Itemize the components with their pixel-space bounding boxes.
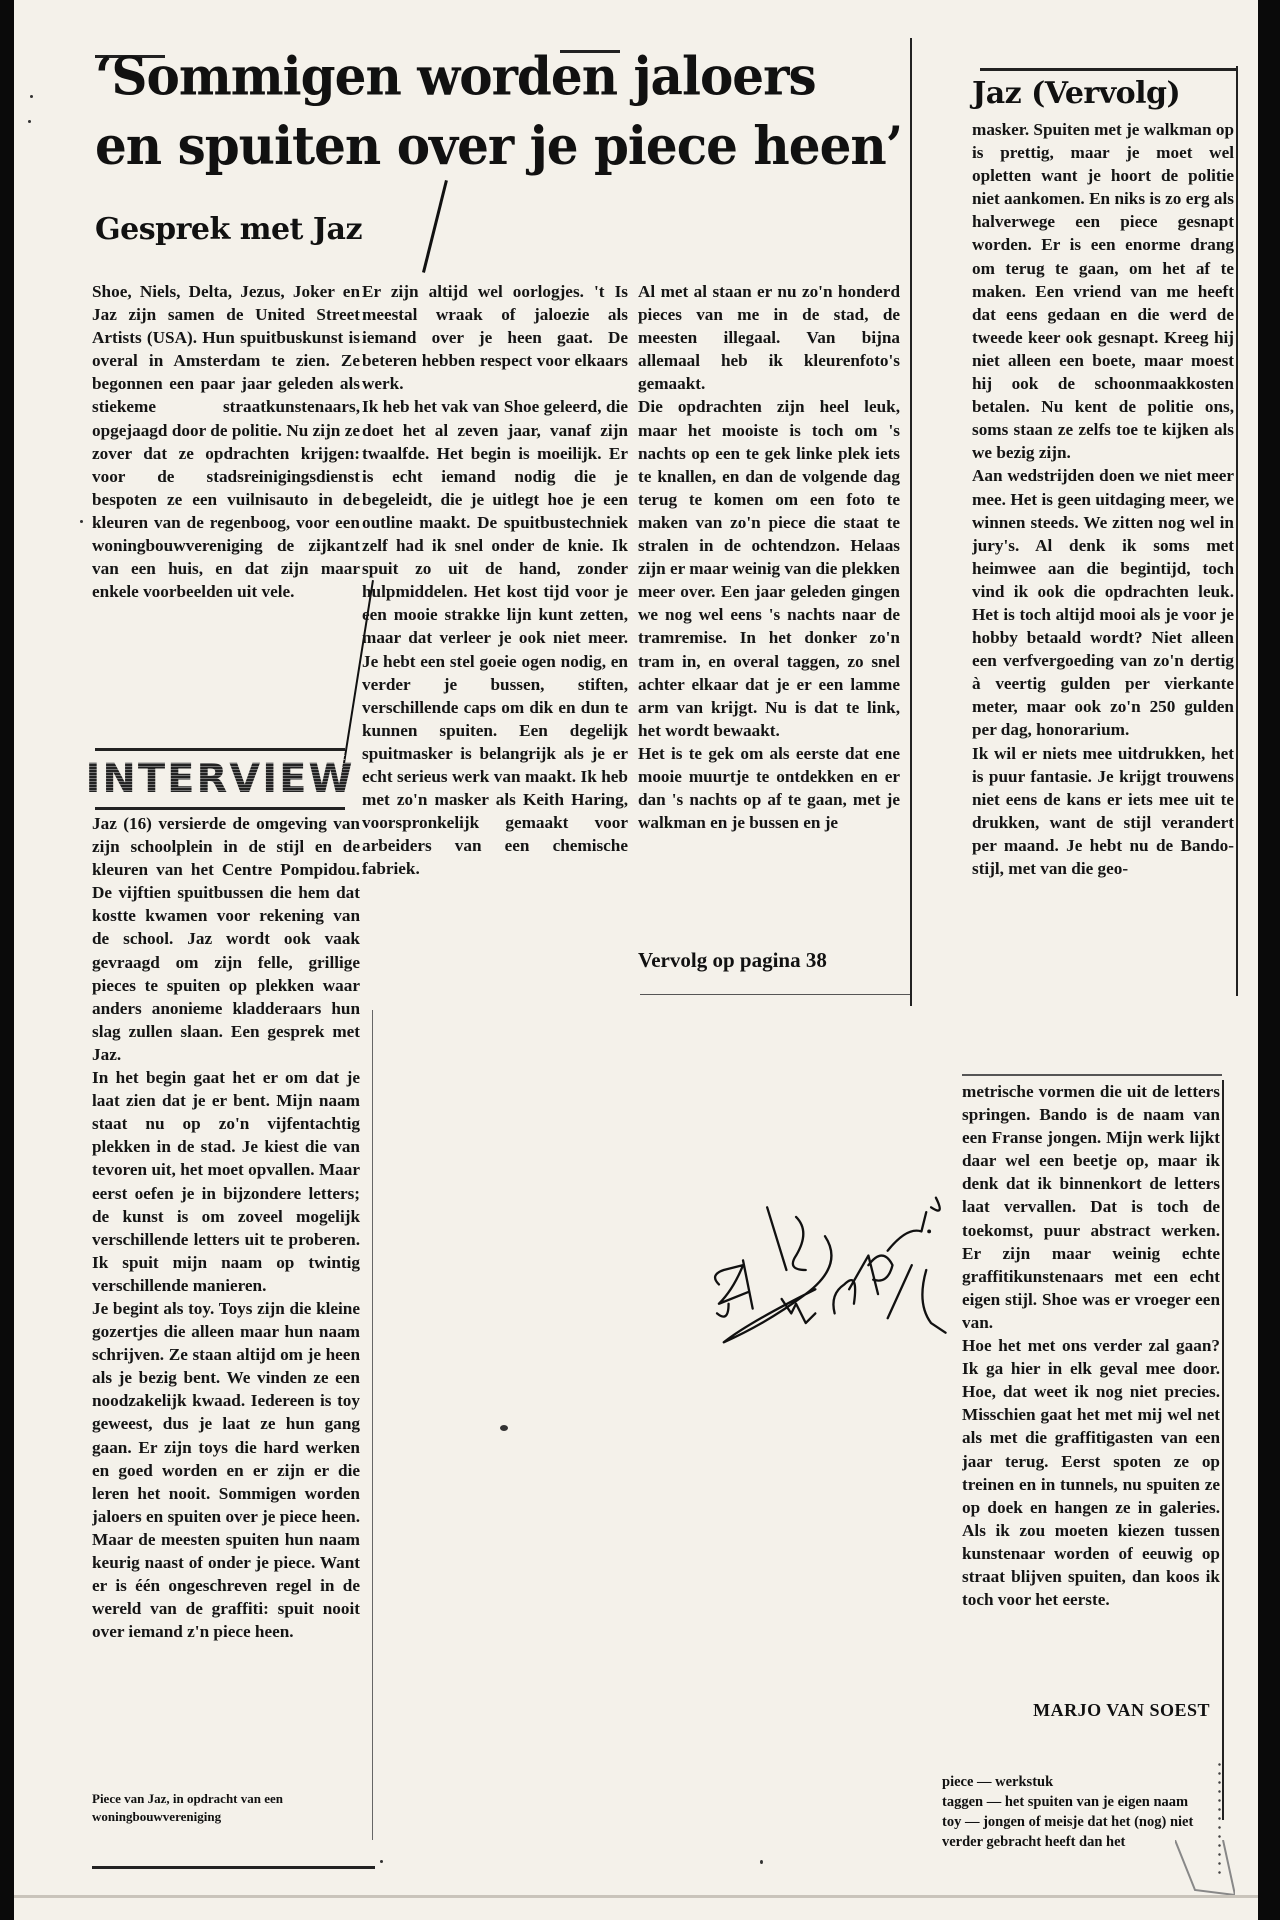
paragraph: Die opdrachten zijn heel leuk, maar het … [638,395,900,741]
photo-caption: Piece van Jaz, in opdracht van een wonin… [92,1790,360,1826]
column-bottom-rule [640,994,910,995]
headline-line-2: en spuiten over je piece heen’ [95,111,915,180]
speck [760,1860,763,1864]
speck [30,95,33,98]
speck [80,520,83,523]
paragraph: masker. Spuiten met je walkman op is pre… [972,118,1234,464]
article-column-2: Er zijn altijd wel oorlogjes. 't Is mees… [362,280,628,880]
column-bottom-rule [92,1866,375,1869]
paragraph: Je begint als toy. Toys zijn die kleine … [92,1297,360,1643]
continued-on-page: Vervolg op pagina 38 [638,948,827,973]
article-column-3: Al met al staan er nu zo'n honderd piece… [638,280,900,834]
section-label-text: INTERVIEW [85,756,354,802]
scan-frame-right [1258,0,1280,1920]
article-column-5: metrische vormen die uit de letters spri… [962,1080,1220,1611]
subheading: Gesprek met Jaz [95,212,362,247]
scan-frame-left [0,0,14,1920]
glossary-item: piece — werkstuk [942,1772,1212,1792]
paragraph: Hoe het met ons verder zal gaan? Ik ga h… [962,1334,1220,1611]
article-intro: Shoe, Niels, Delta, Jezus, Joker en Jaz … [92,280,360,603]
column-rule [910,38,912,1006]
article-column-4: masker. Spuiten met je walkman op is pre… [972,118,1234,880]
continuation-rule [962,1074,1222,1076]
section-label-interview: INTERVIEW [95,748,345,810]
headline: ‘Sommigen worden jaloers en spuiten over… [95,42,915,181]
paragraph: Aan wedstrijden doen we niet meer mee. H… [972,464,1234,741]
speck [380,1860,383,1863]
clipping-bottom-edge [14,1895,1258,1898]
paragraph: Jaz (16) versierde de omgeving van zijn … [92,812,360,1066]
continuation-title: Jaz (Vervolg) [972,76,1180,111]
handwritten-signature-icon [690,1175,960,1365]
column-rule [1236,66,1238,996]
paragraph: Er zijn altijd wel oorlogjes. 't Is mees… [362,280,628,395]
paragraph: Ik wil er niets mee uitdrukken, het is p… [972,742,1234,881]
paragraph: metrische vormen die uit de letters spri… [962,1080,1220,1334]
paragraph: Het is te gek om als eerste dat ene mooi… [638,742,900,834]
speck [28,120,31,123]
column-rule [372,1010,373,1840]
folded-corner-icon [1175,1840,1235,1895]
paragraph: Al met al staan er nu zo'n honderd piece… [638,280,900,395]
glossary: piece — werkstuk taggen — het spuiten va… [942,1772,1212,1852]
glossary-item: toy — jongen of meisje dat het (nog) nie… [942,1812,1202,1852]
continuation-rule [980,68,1236,71]
glossary-item: taggen — het spuiten van je eigen naam [942,1792,1202,1812]
paragraph: Ik heb het vak van Shoe geleerd, die doe… [362,395,628,880]
headline-line-1: ‘Sommigen worden jaloers [95,42,915,111]
intro-paragraph: Shoe, Niels, Delta, Jezus, Joker en Jaz … [92,280,360,603]
column-rule [1222,1080,1224,1820]
speck [500,1425,508,1431]
author-byline: MARJO VAN SOEST [1000,1700,1210,1721]
pen-mark [422,180,448,273]
paragraph: In het begin gaat het er om dat je laat … [92,1066,360,1297]
article-column-1: Jaz (16) versierde de omgeving van zijn … [92,812,360,1643]
